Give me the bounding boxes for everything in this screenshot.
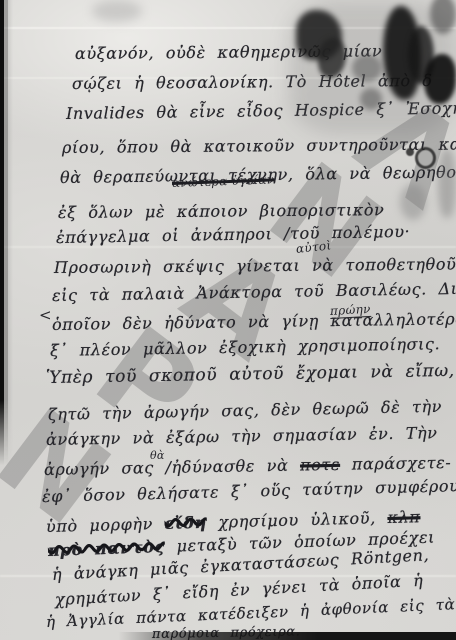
ink-stain [352, 54, 382, 82]
interline-insertion-struck: ἀνώτερα ὑγείαν [172, 172, 275, 190]
ink-stain [92, 0, 142, 22]
scan-edge-bottom [118, 632, 456, 640]
margin-caret-mark: < [39, 306, 52, 324]
struck-word: εἴδη [164, 513, 207, 533]
ink-ring-mark [415, 147, 436, 169]
manuscript-line: ρίου, ὅπου θὰ κατοικοῦν συντηροῦνται καὶ [62, 134, 456, 157]
manuscript-line: ὁποῖον δὲν ἠδύνατο νὰ γίνῃ καταλληλοτέρα [52, 309, 456, 334]
ink-stain [438, 148, 456, 218]
manuscript-line: Προσωρινὴ σκέψις γίνεται νὰ τοποθετηθοῦν [54, 254, 456, 277]
manuscript-line: ξ᾽ πλέον μᾶλλον ἐξοχικὴ χρησιμοποίησις. [50, 334, 441, 360]
ink-stain [360, 88, 382, 110]
interline-insertion: πρώην [330, 302, 371, 319]
struck-word: ποτε [300, 455, 340, 475]
line-segment: ἀρωγήν σας ∕ἠδύνασθε νὰ [44, 456, 300, 479]
scan-edge-left [0, 0, 13, 468]
ink-stain [424, 54, 456, 104]
struck-word: πρὸ παντὸς [48, 537, 165, 560]
scanned-letter-page: Ν Ρ Α Ν Λ αὐξανόν, οὐδὲ καθημερινῶς μίαν… [0, 0, 456, 640]
manuscript-line: ἐξ ὅλων μὲ κάποιον βιοποριστικὸν [58, 200, 385, 222]
struck-word: κλπ [387, 507, 420, 527]
line-segment: χρησίμου ὑλικοῦ, [206, 508, 387, 532]
line-segment: παράσχετε- [340, 453, 452, 474]
manuscript-line: εἰς τὰ παλαιὰ Ἀνάκτορα τοῦ Βασιλέως. Δι᾽ [52, 279, 456, 305]
interline-insertion: θὰ [150, 449, 165, 462]
ink-stain [400, 184, 426, 220]
line-segment: ὑπὸ μορφὴν [46, 514, 165, 536]
ink-dot [406, 148, 414, 156]
